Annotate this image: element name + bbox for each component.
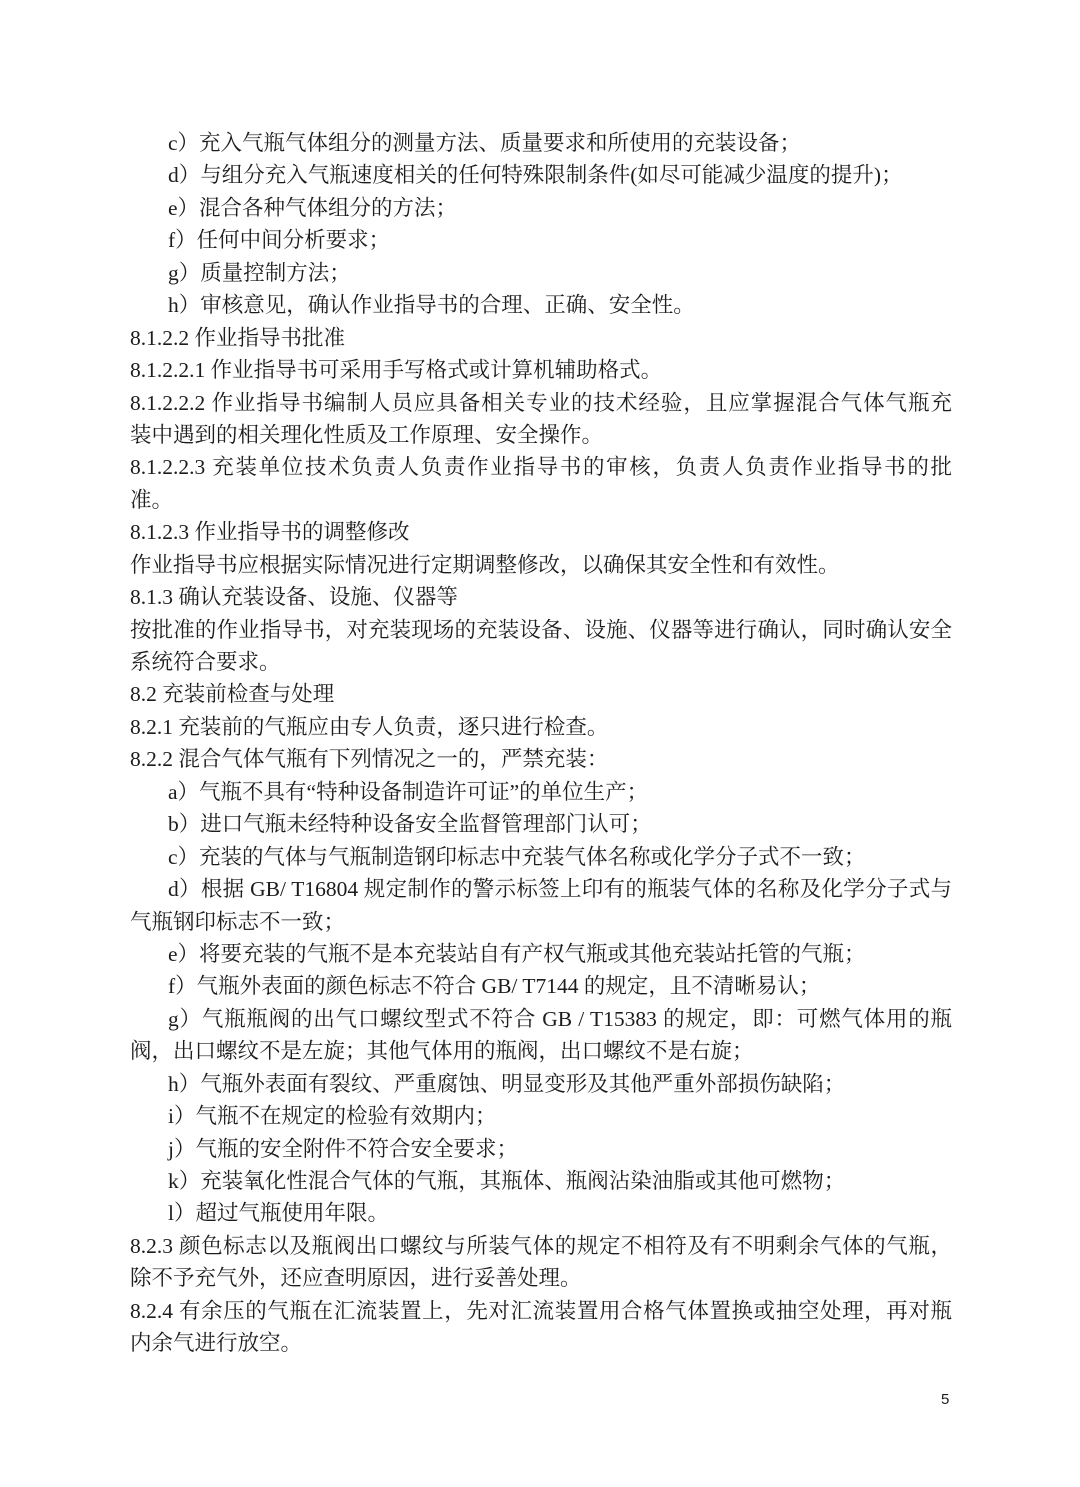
list-item-k-oil-contamination: k）充装氧化性混合气体的气瓶，其瓶体、瓶阀沾染油脂或其他可燃物； [130,1165,952,1197]
clause-8-2-4: 8.2.4 有余压的气瓶在汇流装置上，先对汇流装置用合格气体置换或抽空处理，再对… [130,1295,952,1327]
list-item-h-damage: h）气瓶外表面有裂纹、严重腐蚀、明显变形及其他严重外部损伤缺陷； [130,1068,952,1100]
list-item-d-label-mismatch: d）根据 GB/ T16804 规定制作的警示标签上印有的瓶装气体的名称及化学分… [130,873,952,905]
clause-8-1-2-2-2-cont: 装中遇到的相关理化性质及工作原理、安全操作。 [130,419,952,451]
section-heading-8-1-3: 8.1.3 确认充装设备、设施、仪器等 [130,581,952,613]
list-item-i-inspection: i）气瓶不在规定的检验有效期内； [130,1100,952,1132]
list-item-b-imported: b）进口气瓶未经特种设备安全监督管理部门认可； [130,808,952,840]
clause-8-2-1: 8.2.1 充装前的气瓶应由专人负责，逐只进行检查。 [130,711,952,743]
clause-8-2-2: 8.2.2 混合气体气瓶有下列情况之一的，严禁充装： [130,743,952,775]
list-item-l-service-life: l）超过气瓶使用年限。 [130,1197,952,1229]
list-item-g-valve-thread-cont: 阀，出口螺纹不是左旋；其他气体用的瓶阀，出口螺纹不是右旋； [130,1035,952,1067]
clause-8-1-2-2-3-cont: 准。 [130,484,952,516]
clause-8-2-3: 8.2.3 颜色标志以及瓶阀出口螺纹与所装气体的规定不相符及有不明剩余气体的气瓶… [130,1230,952,1262]
list-item-e-ownership: e）将要充装的气瓶不是本充装站自有产权气瓶或其他充装站托管的气瓶； [130,938,952,970]
list-item-c-measurement: c）充入气瓶气体组分的测量方法、质量要求和所使用的充装设备； [130,127,952,159]
clause-8-1-2-2-1: 8.1.2.2.1 作业指导书可采用手写格式或计算机辅助格式。 [130,354,952,386]
clause-8-2-3-cont: 除不予充气外，还应查明原因，进行妥善处理。 [130,1262,952,1294]
list-item-g-valve-thread: g）气瓶瓶阀的出气口螺纹型式不符合 GB / T15383 的规定，即：可燃气体… [130,1003,952,1035]
list-item-d-label-mismatch-cont: 气瓶钢印标志不一致； [130,906,952,938]
clause-8-1-2-2-2: 8.1.2.2.2 作业指导书编制人员应具备相关专业的技术经验，且应掌握混合气体… [130,387,952,419]
list-item-c-gas-mismatch: c）充装的气体与气瓶制造钢印标志中充装气体名称或化学分子式不一致； [130,841,952,873]
section-heading-8-1-2-2: 8.1.2.2 作业指导书批准 [130,322,952,354]
paragraph-confirm-equipment: 按批准的作业指导书，对充装现场的充装设备、设施、仪器等进行确认，同时确认安全 [130,614,952,646]
list-item-e-mixing-method: e）混合各种气体组分的方法； [130,192,952,224]
clause-8-1-2-2-3: 8.1.2.2.3 充装单位技术负责人负责作业指导书的审核，负责人负责作业指导书… [130,451,952,483]
clause-8-2-4-cont: 内余气进行放空。 [130,1327,952,1359]
paragraph-confirm-equipment-cont: 系统符合要求。 [130,646,952,678]
list-item-d-speed-limits: d）与组分充入气瓶速度相关的任何特殊限制条件(如尽可能减少温度的提升)； [130,159,952,191]
document-body: c）充入气瓶气体组分的测量方法、质量要求和所使用的充装设备； d）与组分充入气瓶… [130,127,952,1360]
list-item-j-safety-accessories: j）气瓶的安全附件不符合安全要求； [130,1133,952,1165]
list-item-f-color-mark: f）气瓶外表面的颜色标志不符合 GB/ T7144 的规定，且不清晰易认； [130,970,952,1002]
section-heading-8-1-2-3: 8.1.2.3 作业指导书的调整修改 [130,516,952,548]
paragraph-adjustment: 作业指导书应根据实际情况进行定期调整修改，以确保其安全性和有效性。 [130,549,952,581]
document-page: c）充入气瓶气体组分的测量方法、质量要求和所使用的充装设备； d）与组分充入气瓶… [0,0,1080,1487]
list-item-g-quality-control: g）质量控制方法； [130,257,952,289]
page-number: 5 [941,1391,949,1408]
list-item-f-analysis: f）任何中间分析要求； [130,224,952,256]
list-item-h-review: h）审核意见，确认作业指导书的合理、正确、安全性。 [130,289,952,321]
list-item-a-license: a）气瓶不具有“特种设备制造许可证”的单位生产； [130,776,952,808]
section-heading-8-2: 8.2 充装前检查与处理 [130,678,952,710]
